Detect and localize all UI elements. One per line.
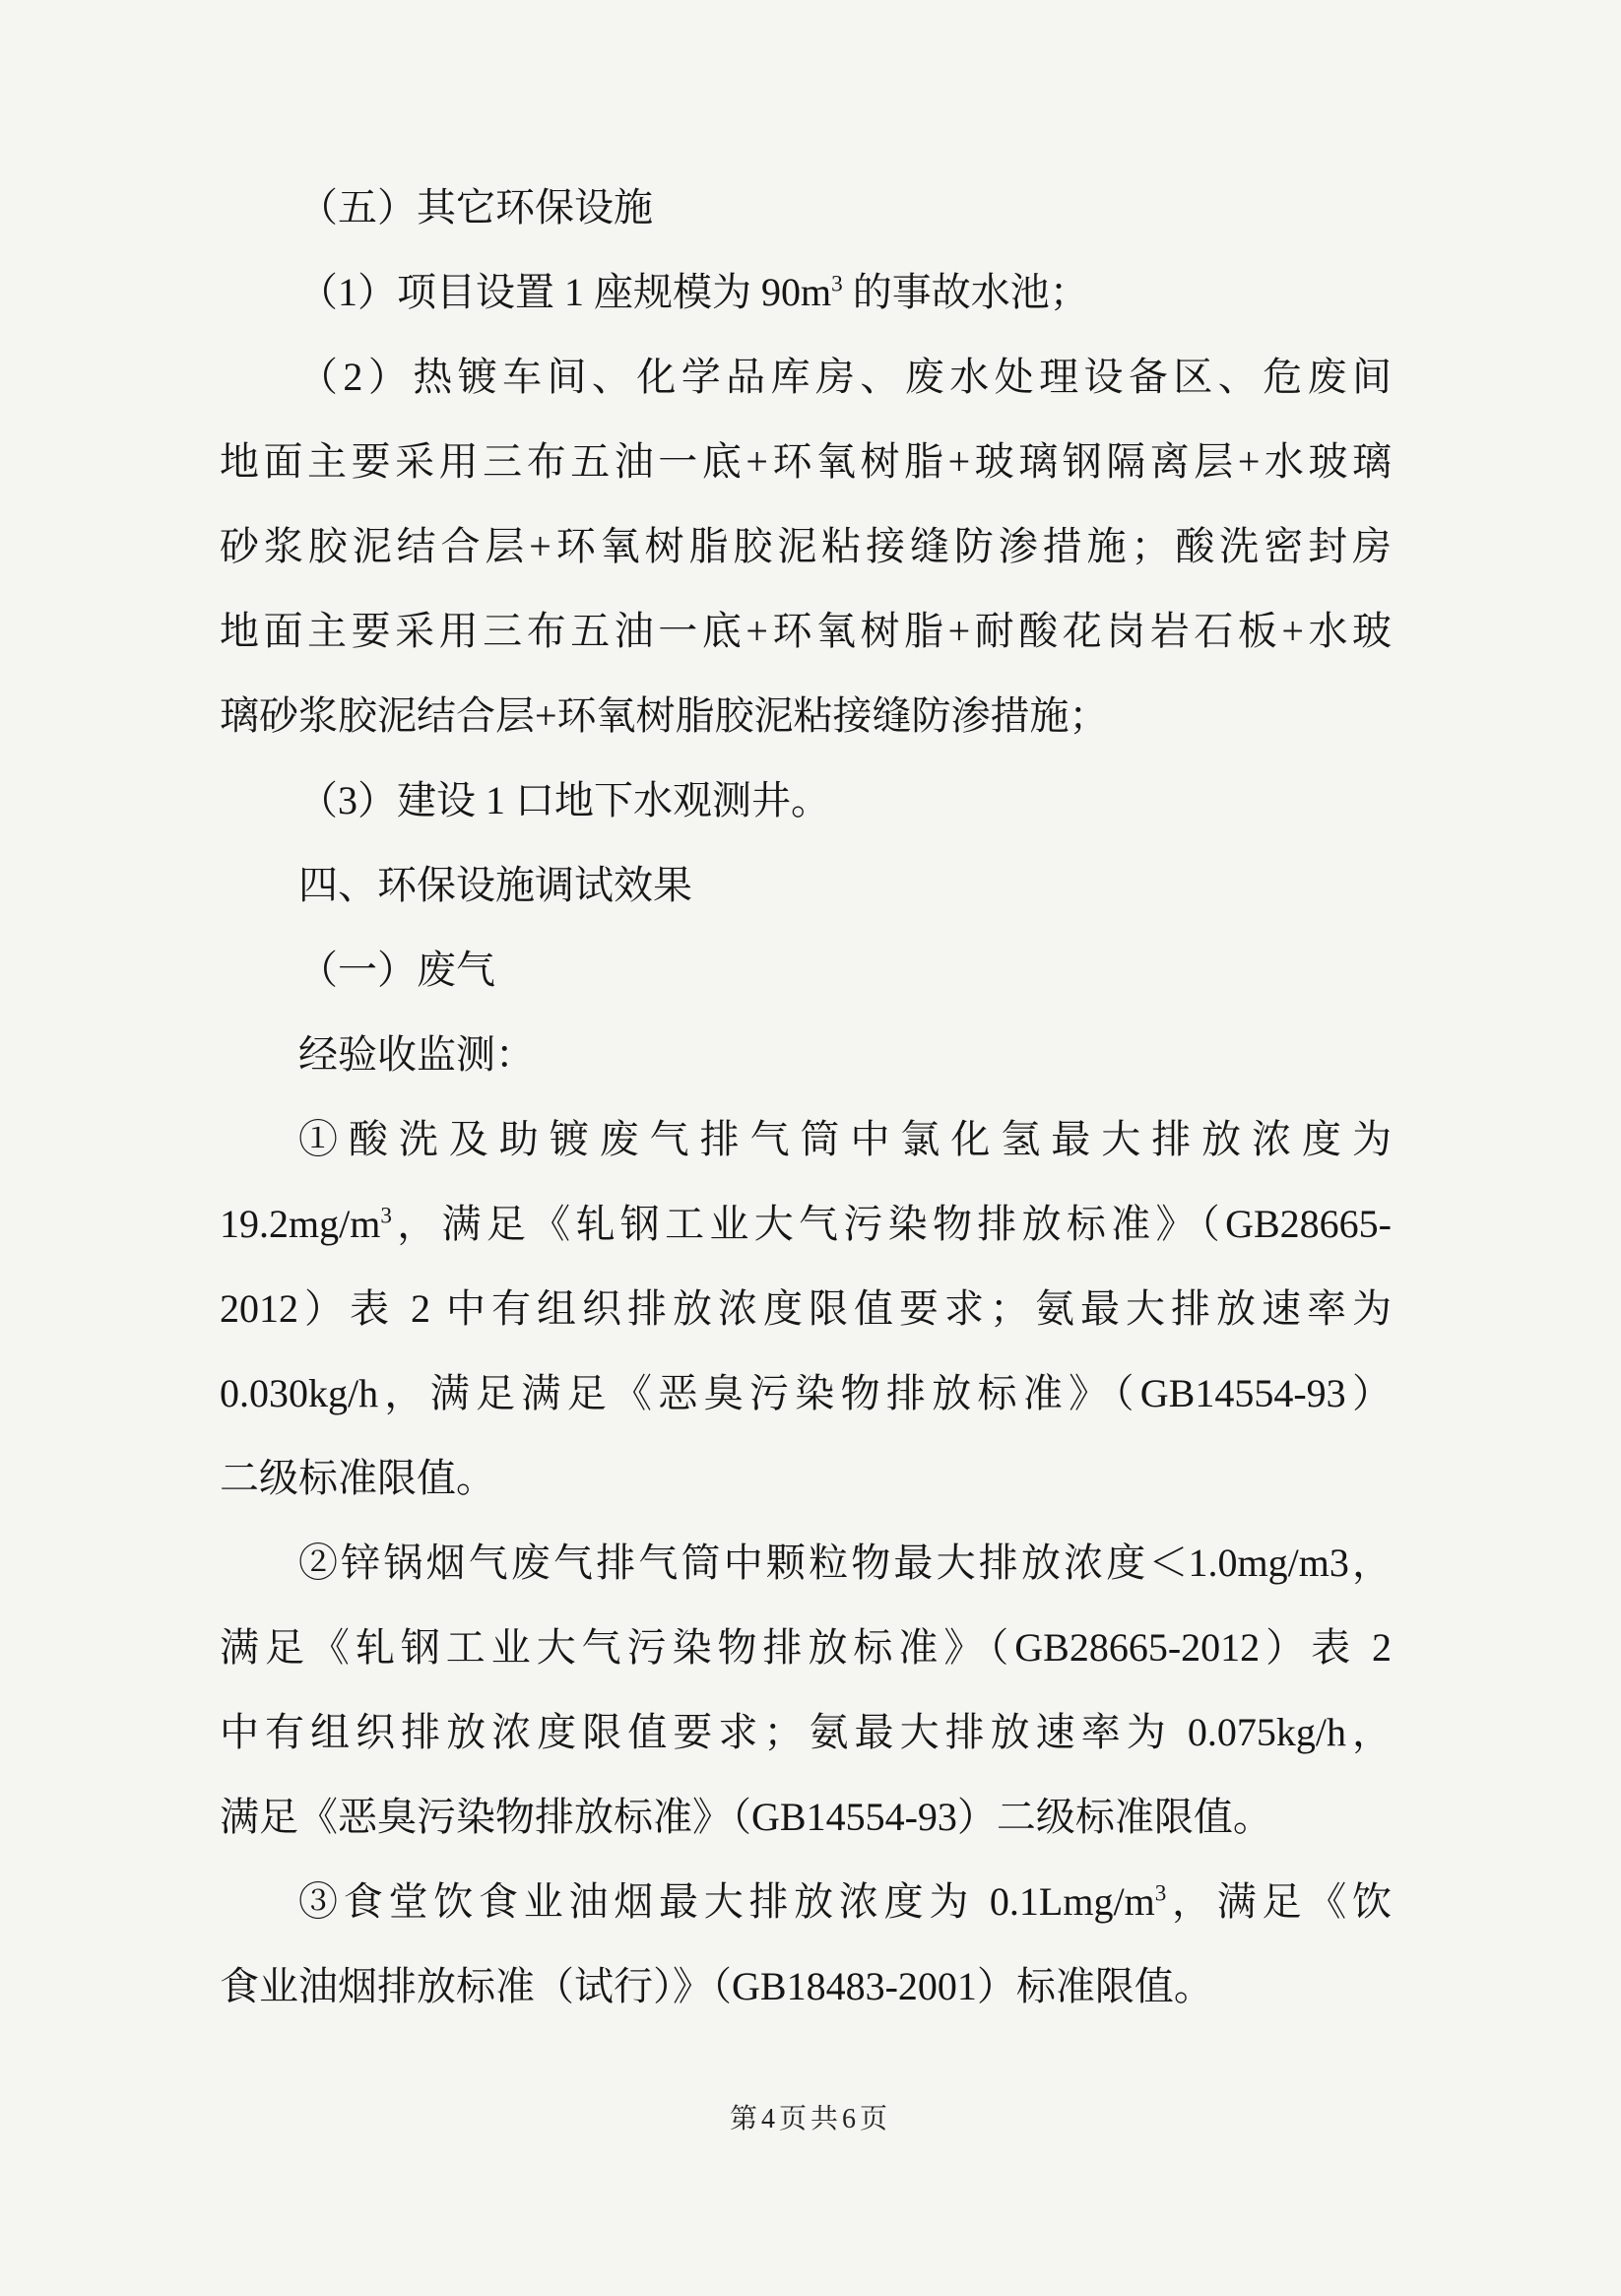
text-segment: 地面主要采用三布五油一底+环氧树脂+玻璃钢隔离层+水玻璃 xyxy=(220,439,1392,484)
item-2-seepage-line-2: 地面主要采用三布五油一底+环氧树脂+玻璃钢隔离层+水玻璃 xyxy=(220,420,1392,504)
heading-other-env-facilities: （五）其它环保设施 xyxy=(220,165,1392,250)
superscript: 3 xyxy=(831,272,843,297)
text-segment: 中有组织排放浓度限值要求；氨最大排放速率为 0.075kg/h， xyxy=(220,1710,1392,1754)
superscript: 3 xyxy=(380,1204,392,1229)
text-segment: 地面主要采用三布五油一底+环氧树脂+耐酸花岗岩石板+水玻 xyxy=(220,609,1392,653)
heading-waste-gas: （一）废气 xyxy=(220,928,1392,1013)
monitoring-intro: 经验收监测： xyxy=(220,1013,1392,1097)
point-1-hcl-line-5: 二级标准限值。 xyxy=(220,1436,1392,1521)
text-segment: ②锌锅烟气废气排气筒中颗粒物最大排放浓度＜1.0mg/m3， xyxy=(298,1541,1392,1585)
text-segment: 19.2mg/m xyxy=(220,1202,380,1246)
page-footer: 第4页共6页 xyxy=(0,2100,1621,2139)
point-2-dust-line-4: 满足《恶臭污染物排放标准》（GB14554-93）二级标准限值。 xyxy=(220,1775,1392,1860)
text-segment: 二级标准限值。 xyxy=(220,1456,495,1500)
text-segment: 满足《轧钢工业大气污染物排放标准》（GB28665-2012）表 2 xyxy=(220,1625,1392,1670)
text-segment: ，满足《轧钢工业大气污染物排放标准》（GB28665- xyxy=(392,1202,1392,1246)
text-segment: ，满足《饮 xyxy=(1166,1879,1392,1924)
text-segment: 2012）表 2 中有组织排放浓度限值要求；氨最大排放速率为 xyxy=(220,1286,1392,1331)
text-segment: ①酸洗及助镀废气排气筒中氯化氢最大排放浓度为 xyxy=(298,1117,1392,1161)
superscript: 3 xyxy=(1155,1881,1167,1907)
text-segment: 食业油烟排放标准（试行）》（GB18483-2001）标准限值。 xyxy=(220,1964,1213,2008)
item-1-accident-pool: （1）项目设置 1 座规模为 90m3 的事故水池； xyxy=(220,250,1392,335)
point-1-hcl-line-3: 2012）表 2 中有组织排放浓度限值要求；氨最大排放速率为 xyxy=(220,1267,1392,1351)
point-2-dust-line-1: ②锌锅烟气废气排气筒中颗粒物最大排放浓度＜1.0mg/m3， xyxy=(220,1521,1392,1606)
text-segment: （1）项目设置 1 座规模为 90m xyxy=(298,270,831,314)
document-page: （五）其它环保设施（1）项目设置 1 座规模为 90m3 的事故水池；（2）热镀… xyxy=(0,0,1621,2296)
point-3-fume-line-2: 食业油烟排放标准（试行）》（GB18483-2001）标准限值。 xyxy=(220,1944,1392,2029)
heading-section-4-effects: 四、环保设施调试效果 xyxy=(220,843,1392,928)
point-1-hcl-line-2: 19.2mg/m3，满足《轧钢工业大气污染物排放标准》（GB28665- xyxy=(220,1182,1392,1267)
item-2-seepage-line-4: 地面主要采用三布五油一底+环氧树脂+耐酸花岗岩石板+水玻 xyxy=(220,589,1392,674)
point-1-hcl-line-4: 0.030kg/h，满足满足《恶臭污染物排放标准》（GB14554-93） xyxy=(220,1351,1392,1436)
text-segment: 璃砂浆胶泥结合层+环氧树脂胶泥粘接缝防渗措施； xyxy=(220,693,1109,738)
text-segment: （3）建设 1 口地下水观测井。 xyxy=(298,778,830,822)
point-2-dust-line-3: 中有组织排放浓度限值要求；氨最大排放速率为 0.075kg/h， xyxy=(220,1690,1392,1775)
text-segment: 四、环保设施调试效果 xyxy=(298,863,692,907)
item-2-seepage-line-3: 砂浆胶泥结合层+环氧树脂胶泥粘接缝防渗措施；酸洗密封房 xyxy=(220,504,1392,589)
text-segment: （一）废气 xyxy=(298,948,495,992)
item-2-seepage-line-1: （2）热镀车间、化学品库房、废水处理设备区、危废间 xyxy=(220,335,1392,420)
text-segment: （2）热镀车间、化学品库房、废水处理设备区、危废间 xyxy=(298,355,1392,399)
item-3-groundwater-well: （3）建设 1 口地下水观测井。 xyxy=(220,758,1392,843)
text-segment: 的事故水池； xyxy=(843,270,1089,314)
scanned-document-page: { "colors": { "paper": "#f5f5f2", "ink":… xyxy=(0,0,1621,2296)
point-1-hcl-line-1: ①酸洗及助镀废气排气筒中氯化氢最大排放浓度为 xyxy=(220,1097,1392,1182)
text-segment: （五）其它环保设施 xyxy=(298,185,653,230)
point-2-dust-line-2: 满足《轧钢工业大气污染物排放标准》（GB28665-2012）表 2 xyxy=(220,1606,1392,1690)
text-segment: 满足《恶臭污染物排放标准》（GB14554-93）二级标准限值。 xyxy=(220,1795,1272,1839)
item-2-seepage-line-5: 璃砂浆胶泥结合层+环氧树脂胶泥粘接缝防渗措施； xyxy=(220,674,1392,758)
text-segment: 砂浆胶泥结合层+环氧树脂胶泥粘接缝防渗措施；酸洗密封房 xyxy=(220,524,1392,568)
text-segment: ③食堂饮食业油烟最大排放浓度为 0.1Lmg/m xyxy=(298,1879,1155,1924)
text-segment: 0.030kg/h，满足满足《恶臭污染物排放标准》（GB14554-93） xyxy=(220,1371,1392,1415)
document-body: （五）其它环保设施（1）项目设置 1 座规模为 90m3 的事故水池；（2）热镀… xyxy=(220,165,1392,2029)
text-segment: 经验收监测： xyxy=(298,1032,535,1077)
point-3-fume-line-1: ③食堂饮食业油烟最大排放浓度为 0.1Lmg/m3，满足《饮 xyxy=(220,1860,1392,1944)
